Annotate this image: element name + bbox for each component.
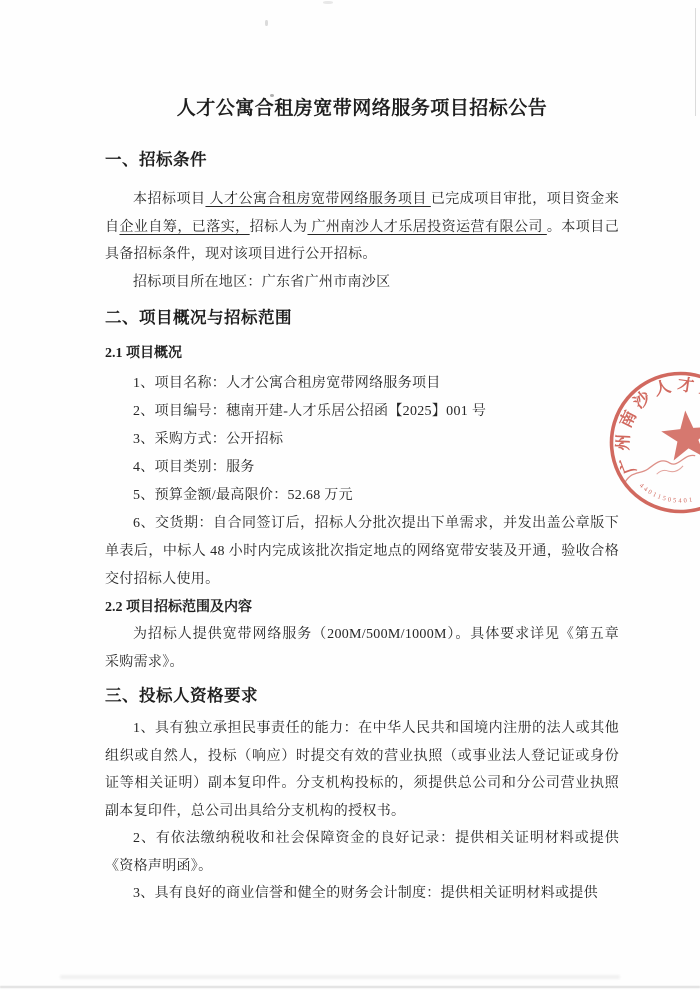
overview-item-delivery-period: 6、交货期：自合同签订后，招标人分批次提出下单需求，并发出盖公章版下单表后，中标… bbox=[105, 510, 619, 594]
overview-item-budget: 5、预算金额/最高限价：52.68 万元 bbox=[105, 482, 619, 510]
subheading-project-overview: 2.1 项目概况 bbox=[105, 343, 619, 365]
section-heading-project-overview: 二、项目概况与招标范围 bbox=[105, 306, 619, 330]
section-heading-bidder-qualifications: 三、投标人资格要求 bbox=[105, 683, 619, 709]
qualification-item-civil-liability: 1、具有独立承担民事责任的能力：在中华人民共和国境内注册的法人或其他组织或自然人… bbox=[105, 715, 619, 825]
scan-noise-band bbox=[60, 975, 620, 979]
seal-star-icon bbox=[660, 408, 700, 461]
intro-text: 本招标项目 bbox=[133, 192, 205, 207]
tenderer-name-underlined: 广州南沙人才乐居投资运营有限公司 bbox=[308, 220, 547, 235]
seal-signature-scribble bbox=[656, 466, 683, 474]
tender-scope-paragraph: 为招标人提供宽带网络服务（200M/500M/1000M）。具体要求详见《第五章… bbox=[105, 621, 619, 676]
document-title: 人才公寓合租房宽带网络服务项目招标公告 bbox=[105, 96, 619, 122]
seal-ring bbox=[606, 368, 700, 518]
seal-signature-scribble bbox=[623, 455, 697, 482]
section-heading-tender-conditions: 一、招标条件 bbox=[105, 148, 619, 172]
project-name-underlined: 人才公寓合租房宽带网络服务项目 bbox=[205, 192, 430, 207]
overview-item-project-category: 4、项目类别：服务 bbox=[105, 454, 619, 482]
tender-conditions-paragraph: 本招标项目 人才公寓合租房宽带网络服务项目 已完成项目审批，项目资金来自企业自筹… bbox=[105, 186, 619, 269]
document-content: 人才公寓合租房宽带网络服务项目招标公告 一、招标条件 本招标项目 人才公寓合租房… bbox=[105, 96, 619, 908]
seal-arc-text: 广州南沙人才乐居 bbox=[606, 369, 700, 478]
subheading-tender-scope: 2.2 项目招标范围及内容 bbox=[105, 597, 619, 619]
overview-item-procurement-method: 3、采购方式：公开招标 bbox=[105, 426, 619, 454]
scan-speck bbox=[323, 1, 333, 4]
funding-source-underlined: 企业自筹，已落实， bbox=[119, 220, 249, 235]
scan-edge-line-bottom bbox=[0, 986, 700, 988]
seal-serial-number: 44011505401 bbox=[637, 478, 695, 509]
qualification-item-business-reputation: 3、具有良好的商业信誉和健全的财务会计制度：提供相关证明材料或提供 bbox=[105, 880, 619, 908]
scan-edge-line-right bbox=[695, 8, 696, 116]
scan-speck bbox=[265, 20, 268, 26]
overview-item-project-number: 2、项目编号：穗南开建-人才乐居公招函【2025】001 号 bbox=[105, 398, 619, 426]
project-location-line: 招标项目所在地区：广东省广州市南沙区 bbox=[105, 269, 619, 297]
qualification-item-tax-record: 2、有依法缴纳税收和社会保障资金的良好记录：提供相关证明材料或提供《资格声明函》… bbox=[105, 825, 619, 880]
intro-text: 招标人为 bbox=[250, 220, 308, 235]
document-page: 人才公寓合租房宽带网络服务项目招标公告 一、招标条件 本招标项目 人才公寓合租房… bbox=[0, 0, 700, 990]
overview-item-project-name: 1、项目名称：人才公寓合租房宽带网络服务项目 bbox=[105, 370, 619, 398]
